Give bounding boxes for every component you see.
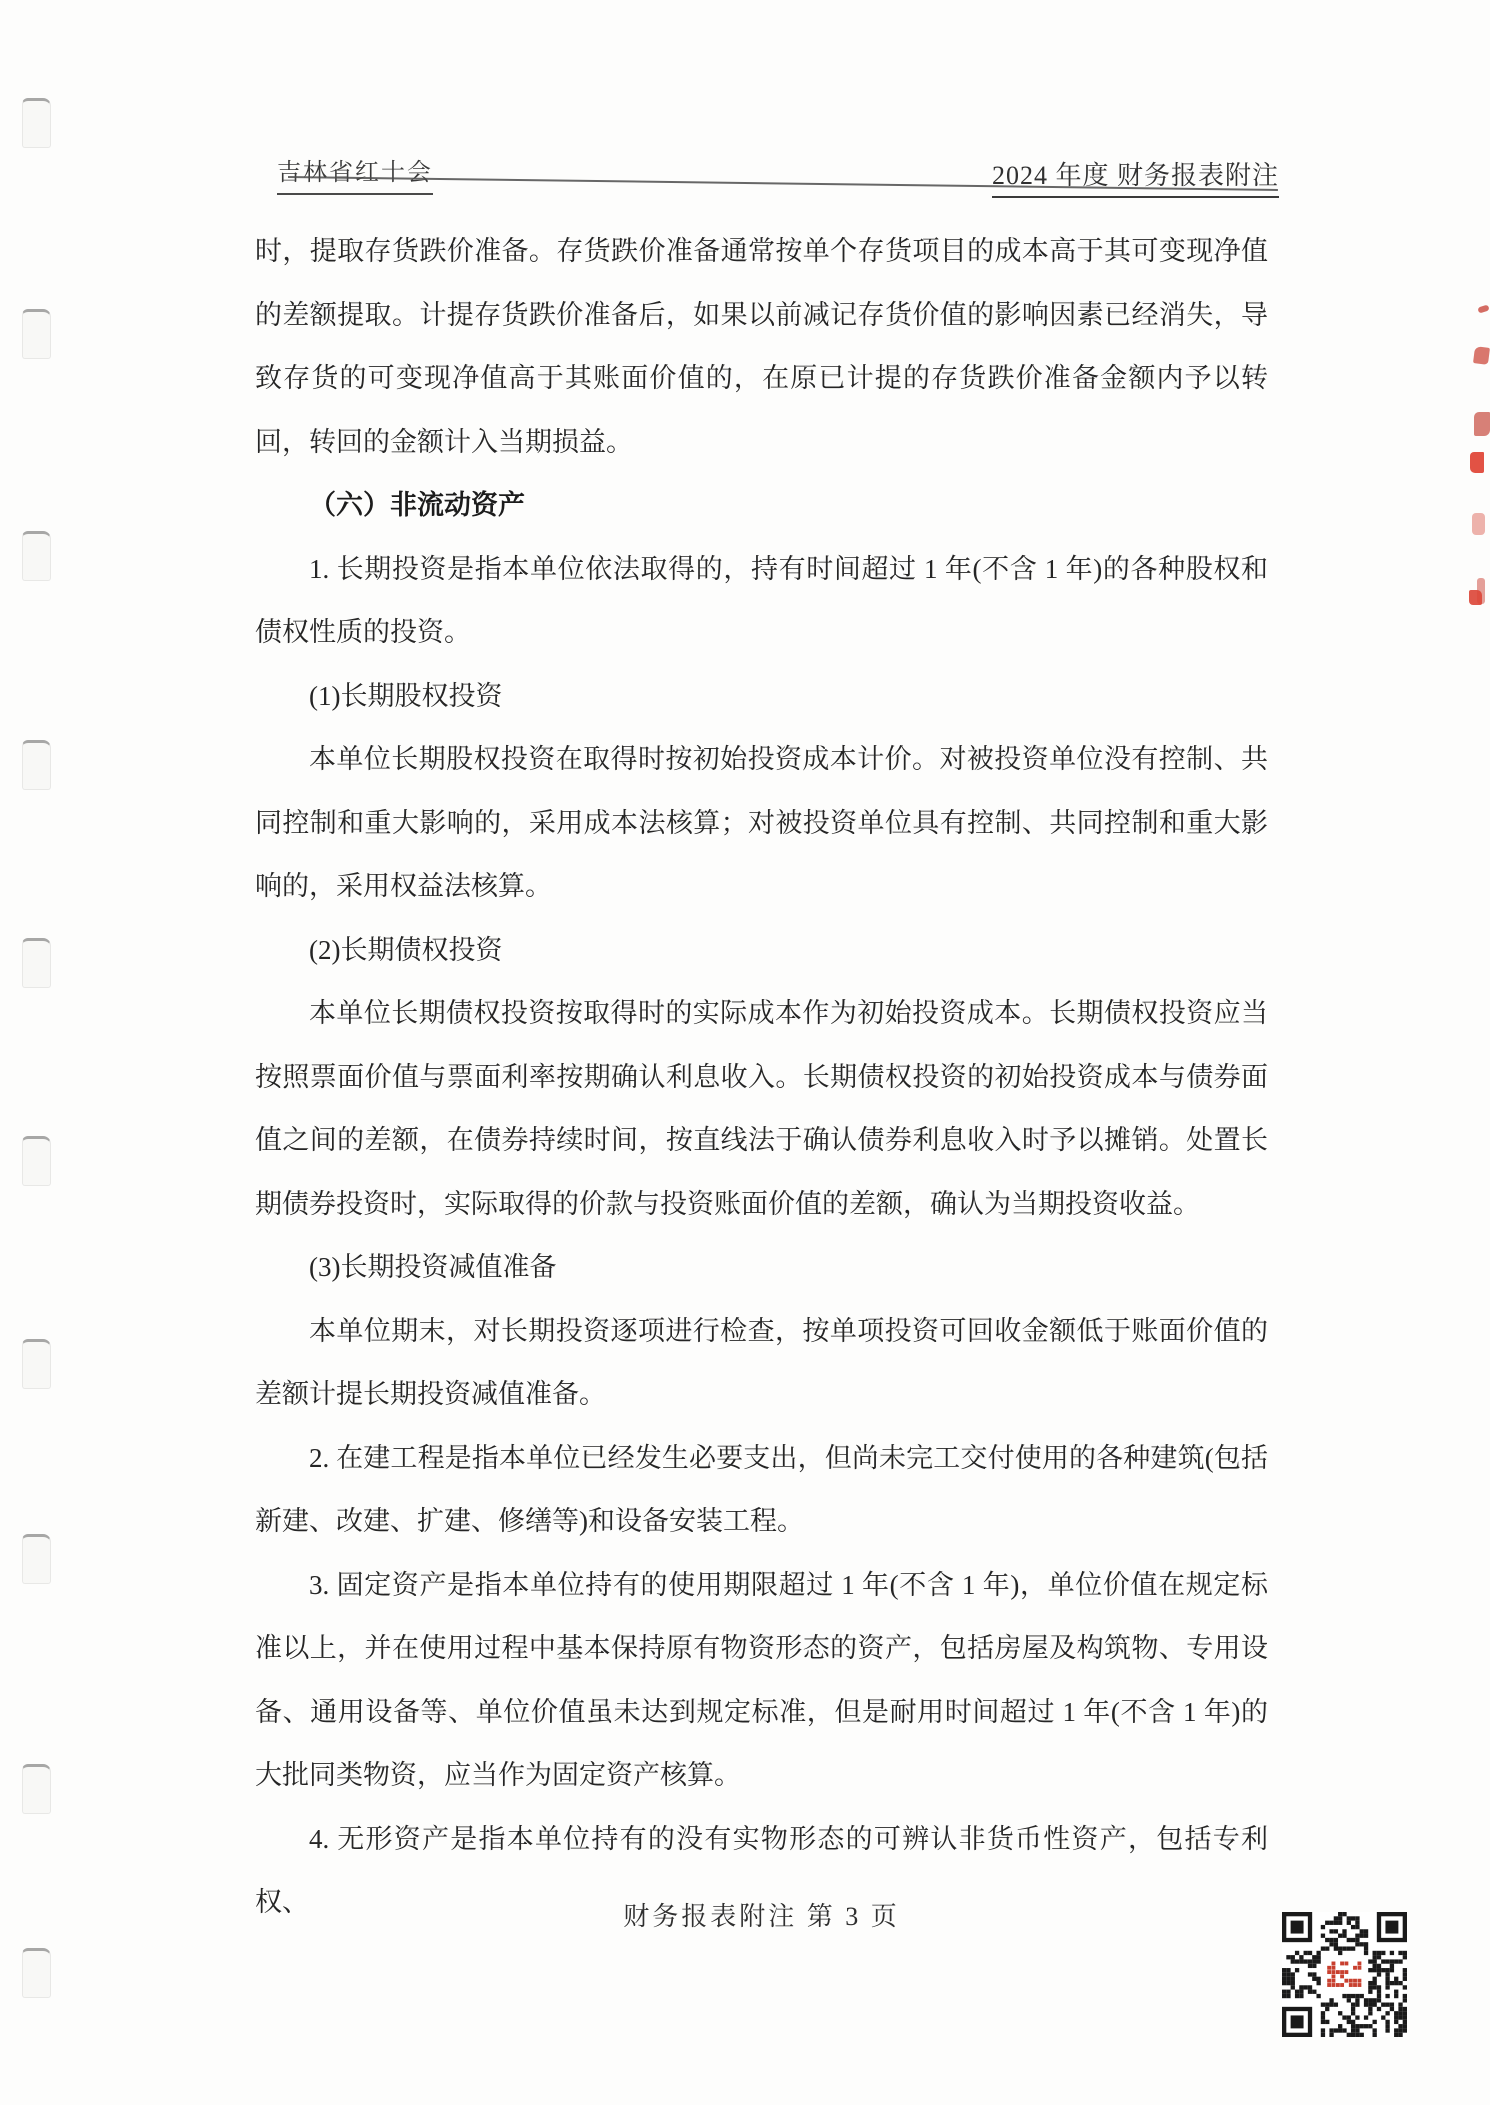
paragraph-fixed-assets: 3. 固定资产是指本单位持有的使用期限超过 1 年(不含 1 年)，单位价值在规… [255, 1554, 1268, 1808]
subheading-debt-investment: (2)长期债权投资 [255, 919, 1268, 983]
binding-hole-mark [22, 740, 51, 790]
paragraph-debt-investment: 本单位长期债权投资按取得时的实际成本作为初始投资成本。长期债权投资应当按照票面价… [255, 982, 1268, 1236]
red-stamp-fragment [1469, 590, 1482, 605]
red-stamp-fragment [1472, 513, 1485, 535]
binding-hole-mark [22, 98, 51, 148]
header-org-name: 吉林省红十会 [277, 152, 433, 195]
red-stamp-fragment [1474, 412, 1490, 436]
paragraph-construction-in-progress: 2. 在建工程是指本单位已经发生必要支出，但尚未完工交付使用的各种建筑(包括新建… [255, 1427, 1268, 1554]
paragraph-inventory-provision: 时，提取存货跌价准备。存货跌价准备通常按单个存货项目的成本高于其可变现净值的差额… [255, 220, 1268, 474]
binding-hole-mark [22, 1534, 51, 1584]
red-stamp-fragment [1473, 346, 1490, 365]
paragraph-impairment-provision: 本单位期末，对长期投资逐项进行检查，按单项投资可回收金额低于账面价值的差额计提长… [255, 1300, 1268, 1427]
binding-hole-mark [22, 938, 51, 988]
red-stamp-fragment [1470, 452, 1484, 473]
subheading-impairment-provision: (3)长期投资减值准备 [255, 1236, 1268, 1300]
binding-hole-mark [22, 1764, 51, 1814]
section-heading-noncurrent-assets: （六）非流动资产 [255, 474, 1268, 538]
binding-hole-mark [22, 1339, 51, 1389]
binding-hole-mark [22, 309, 51, 359]
qr-code [1281, 1912, 1408, 2037]
paragraph-long-term-investment: 1. 长期投资是指本单位依法取得的，持有时间超过 1 年(不含 1 年)的各种股… [255, 538, 1268, 665]
header-doc-title: 2024 年度 财务报表附注 [992, 155, 1279, 198]
binding-hole-mark [22, 1136, 51, 1186]
red-stamp-fragment [1477, 304, 1489, 313]
binding-hole-mark [22, 1948, 51, 1998]
footer-page-label: 财务报表附注 第 3 页 [255, 1896, 1268, 1933]
binding-hole-mark [22, 531, 51, 581]
document-page: 吉林省红十会 2024 年度 财务报表附注 时，提取存货跌价准备。存货跌价准备通… [0, 0, 1490, 2105]
body-text: 时，提取存货跌价准备。存货跌价准备通常按单个存货项目的成本高于其可变现净值的差额… [255, 220, 1268, 1935]
subheading-equity-investment: (1)长期股权投资 [255, 665, 1268, 729]
paragraph-equity-investment: 本单位长期股权投资在取得时按初始投资成本计价。对被投资单位没有控制、共同控制和重… [255, 728, 1268, 919]
